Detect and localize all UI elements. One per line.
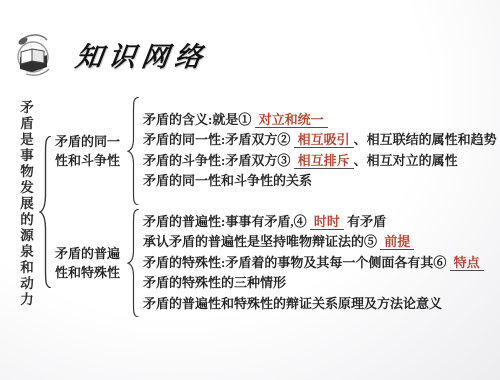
knowledge-tree: 矛盾是事物发展的源泉和动力 矛盾的同一性和斗争性矛盾的含义:就是① 对立和统一矛…	[12, 100, 498, 314]
branch-group-0: 矛盾的同一性和斗争性矛盾的含义:就是① 对立和统一矛盾的同一性:矛盾双方② 相互…	[55, 96, 497, 206]
branch-label: 矛盾的同一性和斗争性	[55, 132, 127, 170]
header: 知识网络	[14, 26, 298, 82]
branch-lines: 矛盾的普遍性:事事有矛盾,④ 时时 有矛盾承认矛盾的普遍性是坚持唯物辩证法的⑤ …	[143, 212, 484, 315]
branch-brace	[127, 96, 140, 206]
open-book-icon	[14, 30, 54, 78]
branch-lines: 矛盾的含义:就是① 对立和统一矛盾的同一性:矛盾双方② 相互吸引、相互联结的属性…	[143, 110, 497, 192]
tree-line: 矛盾的同一性和斗争性的关系	[143, 171, 497, 192]
tree-line: 矛盾的同一性:矛盾双方② 相互吸引、相互联结的属性和趋势	[143, 130, 497, 151]
tree-line: 承认矛盾的普遍性是坚持唯物辩证法的⑤ 前提	[143, 232, 484, 253]
root-brace	[39, 100, 52, 314]
line-text: 矛盾的同一性和斗争性的关系	[143, 173, 312, 188]
answer-blank: 相互排斥	[294, 153, 354, 169]
line-text: 、相互联结的属性和趋势	[354, 132, 497, 147]
tree-line: 矛盾的特殊性的三种情形	[143, 273, 484, 294]
line-text: 矛盾的斗争性:矛盾双方③	[143, 153, 294, 168]
line-text: 承认矛盾的普遍性是坚持唯物辩证法的⑤	[143, 234, 380, 249]
line-text: 、相互对立的属性	[354, 153, 458, 168]
tree-line: 矛盾的含义:就是① 对立和统一	[143, 110, 497, 131]
line-text: 矛盾的普遍性:事事有矛盾,④	[143, 214, 310, 229]
line-text: 矛盾的普遍性和特殊性的辩证关系原理及方法论意义	[143, 296, 442, 311]
page-title: 知识网络	[73, 35, 210, 74]
line-text: 矛盾的特殊性:矛盾着的事物及其每一个侧面各有其⑥	[143, 255, 450, 270]
answer-blank: 时时	[310, 214, 344, 230]
answer-blank: 特点	[450, 255, 484, 271]
slide: 知识网络 矛盾是事物发展的源泉和动力 矛盾的同一性和斗争性矛盾的含义:就是① 对…	[0, 0, 500, 380]
answer-blank: 前提	[380, 234, 414, 250]
tree-line: 矛盾的特殊性:矛盾着的事物及其每一个侧面各有其⑥ 特点	[143, 253, 484, 274]
line-text: 有矛盾	[344, 214, 386, 229]
answer-blank: 对立和统一	[255, 112, 328, 128]
branch-group-1: 矛盾的普遍性和特殊性矛盾的普遍性:事事有矛盾,④ 时时 有矛盾承认矛盾的普遍性是…	[55, 208, 497, 318]
answer-blank: 相互吸引	[294, 132, 354, 148]
branch-label: 矛盾的普遍性和特殊性	[55, 244, 127, 282]
tree-line: 矛盾的普遍性和特殊性的辩证关系原理及方法论意义	[143, 294, 484, 315]
branch-brace	[127, 208, 140, 318]
line-text: 矛盾的同一性:矛盾双方②	[143, 132, 294, 147]
root-topic-label: 矛盾是事物发展的源泉和动力	[12, 100, 38, 314]
line-text: 矛盾的特殊性的三种情形	[143, 275, 286, 290]
branches: 矛盾的同一性和斗争性矛盾的含义:就是① 对立和统一矛盾的同一性:矛盾双方② 相互…	[55, 96, 497, 319]
title-area: 知识网络	[58, 27, 298, 81]
tree-line: 矛盾的普遍性:事事有矛盾,④ 时时 有矛盾	[143, 212, 484, 233]
line-text: 矛盾的含义:就是①	[143, 112, 255, 127]
tree-line: 矛盾的斗争性:矛盾双方③ 相互排斥、相互对立的属性	[143, 151, 497, 172]
